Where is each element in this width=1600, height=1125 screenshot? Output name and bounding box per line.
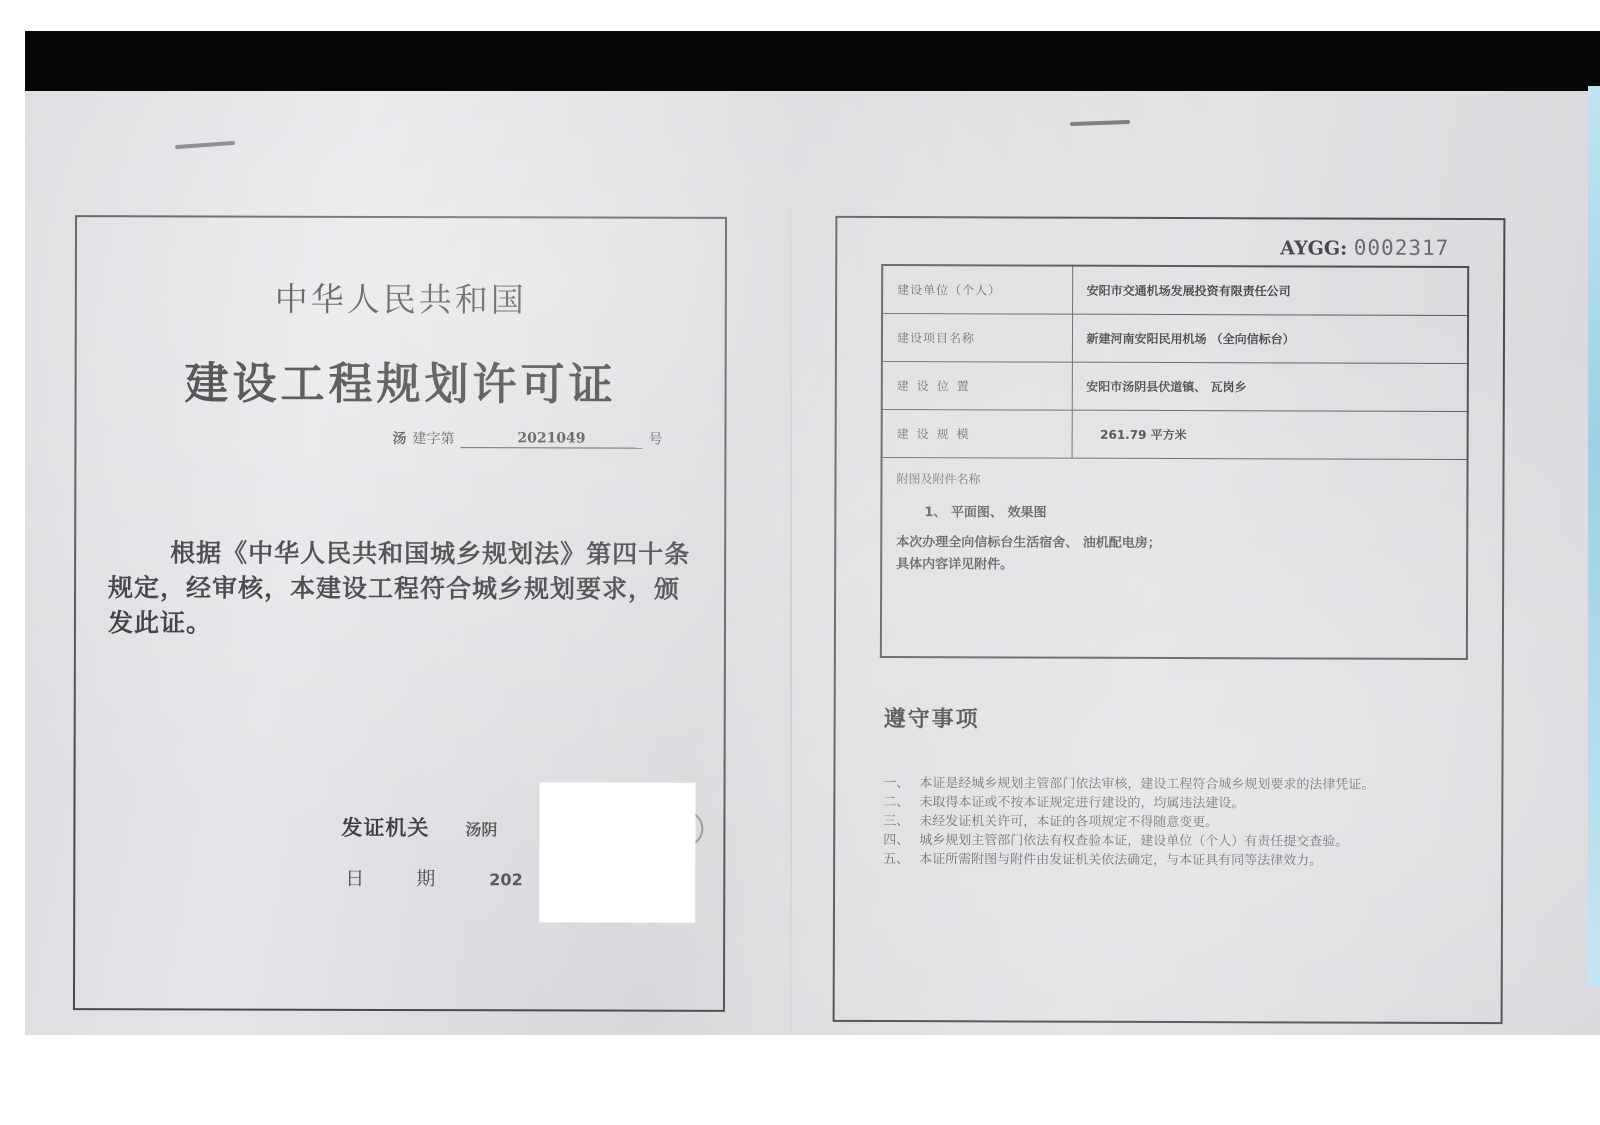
issue-date: 日期 202 (345, 864, 522, 891)
row-label: 建设单位（个人） (882, 265, 1072, 314)
issuer-value: 汤阴 (465, 817, 497, 840)
country-name: 中华人民共和国 (77, 273, 725, 322)
rule-text: 未取得本证或不按本证规定进行建设的，均属违法建设。 (919, 793, 1473, 814)
date-label: 日期 (345, 864, 487, 891)
rule-number: 四、 (883, 831, 919, 850)
rules-title: 遵守事项 (884, 702, 980, 733)
rule-number: 五、 (883, 850, 919, 869)
rule-text: 未经发证机关许可，本证的各项规定不得随意变更。 (919, 812, 1473, 833)
rule-number: 三、 (883, 812, 919, 831)
staple-mark (175, 141, 235, 149)
serial-number: AYGG: 0002317 (1280, 235, 1449, 260)
rule-item: 四、城乡规划主管部门依法有权查验本证，建设单位（个人）有责任提交查验。 (883, 831, 1473, 852)
table-row: 建设单位（个人） 安阳市交通机场发展投资有限责任公司 (882, 265, 1468, 315)
attachment-note-line: 本次办理全向信标台生活宿舍、 油机配电房； (896, 532, 1466, 556)
rule-text: 本证所需附图与附件由发证机关依法确定，与本证具有同等法律效力。 (919, 850, 1473, 871)
attachment-item: 1、 平面图、 效果图 (924, 501, 1466, 522)
background-edge (1588, 86, 1600, 986)
attachments-heading: 附图及附件名称 (896, 470, 1466, 489)
certificate-details-page: AYGG: 0002317 建设单位（个人） 安阳市交通机场发展投资有限责任公司… (833, 216, 1506, 1024)
rules-list: 一、本证是经城乡规划主管部门依法审核，建设工程符合城乡规划要求的法律凭证。 二、… (883, 774, 1473, 871)
table-row: 建设项目名称 新建河南安阳民用机场 （全向信标台） (882, 313, 1468, 363)
issuing-authority: 发证机关 汤阴 (341, 812, 497, 842)
rule-number: 一、 (883, 774, 919, 793)
cert-number-prefix: 汤 (392, 428, 406, 448)
date-value: 202 (489, 870, 522, 889)
serial-value: 0002317 (1354, 236, 1450, 260)
certificate-title: 建设工程规划许可证 (77, 347, 725, 413)
rule-text: 本证是经城乡规划主管部门依法审核，建设工程符合城乡规划要求的法律凭证。 (919, 774, 1473, 795)
rule-item: 二、未取得本证或不按本证规定进行建设的，均属违法建设。 (883, 793, 1473, 814)
issuer-label: 发证机关 (341, 812, 429, 842)
row-value: 安阳市汤阴县伏道镇、 瓦岗乡 (1072, 362, 1468, 411)
serial-prefix: AYGG: (1280, 237, 1347, 259)
rule-item: 三、未经发证机关许可，本证的各项规定不得随意变更。 (883, 812, 1473, 833)
rule-number: 二、 (883, 793, 919, 812)
cert-number-label: 建字第 (412, 428, 454, 448)
cert-number-suffix: 号 (648, 429, 662, 449)
fold-crease (790, 151, 792, 1035)
attachment-note-line: 具体内容详见附件。 (896, 554, 1466, 578)
attachments-row: 附图及附件名称 1、 平面图、 效果图 本次办理全向信标台生活宿舍、 油机配电房… (881, 457, 1468, 659)
project-info-table: 建设单位（个人） 安阳市交通机场发展投资有限责任公司 建设项目名称 新建河南安阳… (880, 264, 1469, 660)
row-value: 261.79 平方米 (1072, 410, 1468, 459)
certificate-cover-page: 中华人民共和国 建设工程规划许可证 汤 建字第 2021049 号 根据《中华人… (73, 215, 727, 1012)
row-label: 建设位置 (882, 361, 1072, 410)
row-label: 建设规模 (882, 409, 1072, 458)
rule-item: 五、本证所需附图与附件由发证机关依法确定，与本证具有同等法律效力。 (883, 850, 1473, 871)
row-label: 建设项目名称 (882, 313, 1072, 362)
rule-text: 城乡规划主管部门依法有权查验本证，建设单位（个人）有责任提交查验。 (919, 831, 1473, 852)
paper-sheet: 中华人民共和国 建设工程规划许可证 汤 建字第 2021049 号 根据《中华人… (25, 91, 1600, 1035)
table-row: 建设位置 安阳市汤阴县伏道镇、 瓦岗乡 (882, 361, 1468, 411)
document-photo: 中华人民共和国 建设工程规划许可证 汤 建字第 2021049 号 根据《中华人… (25, 31, 1600, 1035)
certificate-number: 汤 建字第 2021049 号 (392, 428, 662, 449)
rule-item: 一、本证是经城乡规划主管部门依法审核，建设工程符合城乡规划要求的法律凭证。 (883, 774, 1473, 795)
redaction-box (539, 782, 695, 922)
attachments-cell: 附图及附件名称 1、 平面图、 效果图 本次办理全向信标台生活宿舍、 油机配电房… (881, 457, 1468, 659)
attachment-note: 本次办理全向信标台生活宿舍、 油机配电房； 具体内容详见附件。 (896, 532, 1466, 578)
staple-mark (1070, 120, 1130, 126)
row-value: 新建河南安阳民用机场 （全向信标台） (1072, 314, 1468, 363)
certificate-statement: 根据《中华人民共和国城乡规划法》第四十条规定，经审核，本建设工程符合城乡规划要求… (108, 535, 698, 642)
row-value: 安阳市交通机场发展投资有限责任公司 (1072, 266, 1468, 315)
cert-number-value: 2021049 (460, 430, 642, 448)
table-row: 建设规模 261.79 平方米 (882, 409, 1468, 459)
